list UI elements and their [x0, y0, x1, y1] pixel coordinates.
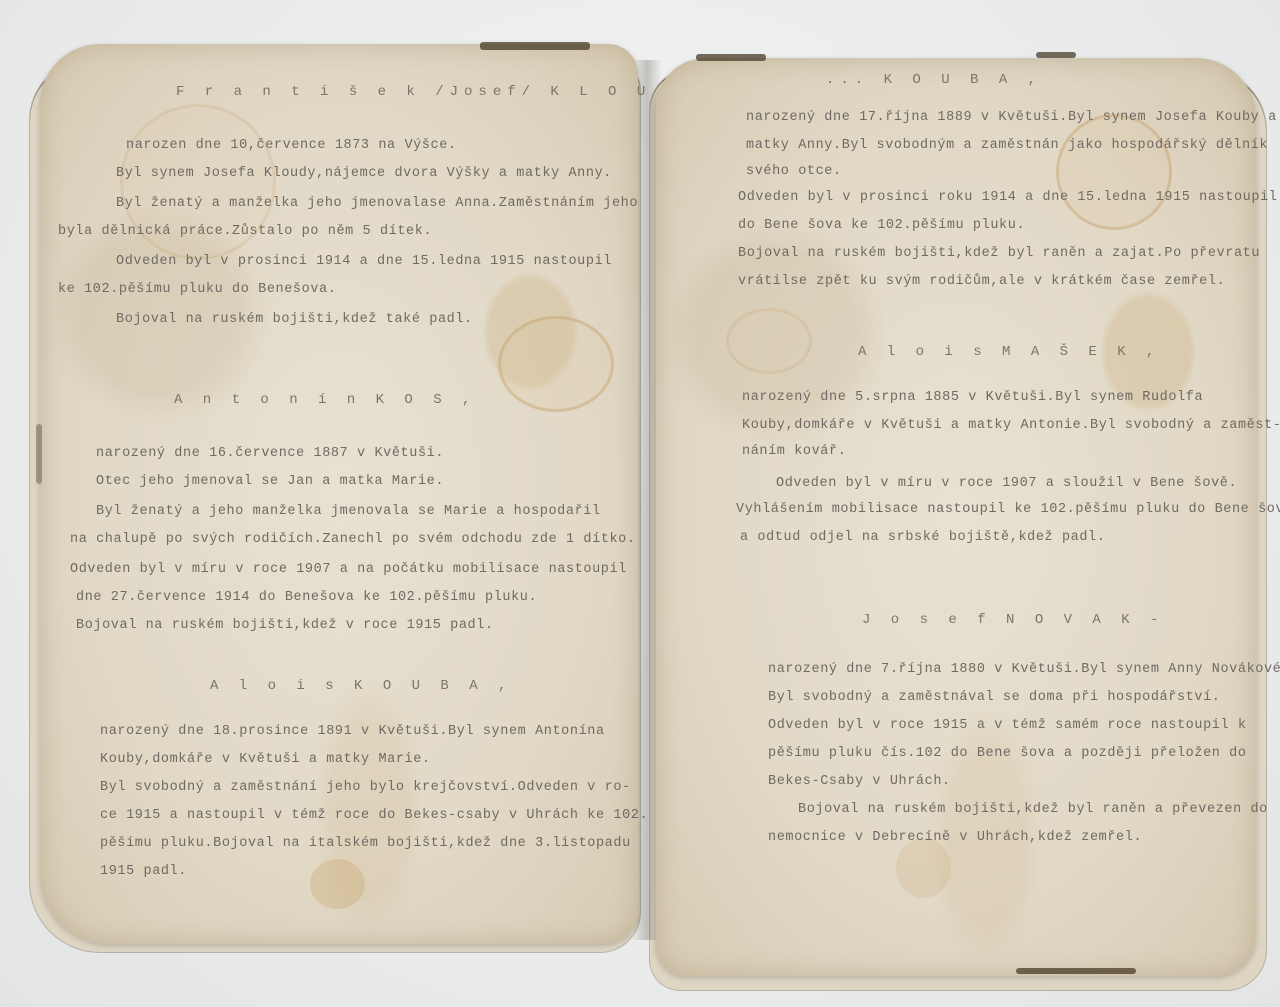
burnt-edge	[696, 54, 766, 61]
entry-text-line: 1915 padl.	[100, 864, 187, 879]
entry-name-heading: A l o i s K O U B A ,	[210, 678, 512, 694]
entry-text-line: Otec jeho jmenoval se Jan a matka Marie.	[96, 474, 444, 489]
entry-name-heading: F r a n t i š e k /Josef/ K L O U D A ,	[176, 84, 738, 100]
entry-text-line: vrátilse zpět ku svým rodičům,ale v krát…	[738, 274, 1225, 289]
left-page: F r a n t i š e k /Josef/ K L O U D A , …	[40, 44, 638, 944]
entry-text-line: do Bene šova ke 102.pěšímu pluku.	[738, 218, 1025, 233]
burnt-edge	[480, 42, 590, 50]
entry-text-line: Byl svobodný a zaměstnával se doma při h…	[768, 690, 1220, 705]
coffee-stain	[498, 316, 614, 412]
entry-text-line: Odveden byl v míru v roce 1907 a na počá…	[70, 562, 627, 577]
entry-name-heading: A n t o n í n K O S ,	[174, 392, 476, 408]
entry-text-line: Byl ženatý a manželka jeho jmenovalase A…	[116, 196, 638, 211]
entry-text-line: nemocnice v Debrecíně v Uhrách,kdež zemř…	[768, 830, 1142, 845]
entry-text-line: narozený dne 18.prosince 1891 v Květuši.…	[100, 724, 605, 739]
burnt-edge	[36, 424, 42, 484]
entry-text-line: narozen dne 10,července 1873 na Výšce.	[126, 138, 457, 153]
entry-text-line: narozený dne 17.října 1889 v Květuši.Byl…	[746, 110, 1277, 125]
entry-text-line: ke 102.pěšímu pluku do Benešova.	[58, 282, 336, 297]
right-page: ... K O U B A , narozený dne 17.října 18…	[656, 58, 1256, 976]
entry-text-line: byla dělnická práce.Zůstalo po něm 5 dít…	[58, 224, 432, 239]
entry-text-line: narozený dne 16.července 1887 v Květuši.	[96, 446, 444, 461]
burnt-edge	[1036, 52, 1076, 58]
entry-text-line: dne 27.července 1914 do Benešova ke 102.…	[76, 590, 537, 605]
coffee-stain	[726, 308, 812, 374]
entry-text-line: a odtud odjel na srbské bojiště,kdež pad…	[740, 530, 1105, 545]
entry-text-line: náním kovář.	[742, 444, 846, 459]
entry-text-line: Kouby,domkáře v Květuši a matky Antonie.…	[742, 418, 1280, 433]
entry-text-line: Byl ženatý a jeho manželka jmenovala se …	[96, 504, 601, 519]
entry-text-line: Kouby,domkáře v Květuši a matky Marie.	[100, 752, 431, 767]
entry-text-line: Bojoval na ruském bojišti,kdež byl raněn…	[738, 246, 1260, 261]
entry-text-line: matky Anny.Byl svobodným a zaměstnán jak…	[746, 138, 1268, 153]
entry-text-line: Bekes-Csaby v Uhrách.	[768, 774, 951, 789]
entry-text-line: pěšímu pluku.Bojoval na italském bojišti…	[100, 836, 631, 851]
entry-text-line: Odveden byl v míru v roce 1907 a sloužil…	[776, 476, 1237, 491]
entry-text-line: Bojoval na ruském bojišti,kdež také padl…	[116, 312, 473, 327]
stain-blot	[310, 859, 365, 909]
entry-text-line: na chalupě po svých rodičích.Zanechl po …	[70, 532, 636, 547]
entry-name-heading: J o s e f N O V A K -	[862, 612, 1164, 628]
entry-text-line: Byl synem Josefa Kloudy,nájemce dvora Vý…	[116, 166, 612, 181]
entry-text-line: pěšímu pluku čís.102 do Bene šova a pozd…	[768, 746, 1247, 761]
entry-name-heading: ... K O U B A ,	[826, 72, 1042, 88]
entry-text-line: Odveden byl v prosinci roku 1914 a dne 1…	[738, 190, 1277, 205]
entry-text-line: Vyhlášením mobilisace nastoupil ke 102.p…	[736, 502, 1280, 517]
coffee-stain	[1056, 114, 1172, 230]
entry-text-line: Byl svobodný a zaměstnání jeho bylo krej…	[100, 780, 631, 795]
entry-text-line: narozený dne 7.října 1880 v Květuši.Byl …	[768, 662, 1280, 677]
entry-text-line: Odveden byl v roce 1915 a v témž samém r…	[768, 718, 1247, 733]
entry-text-line: Bojoval na ruském bojišti,kdež byl raněn…	[798, 802, 1268, 817]
burnt-edge	[1016, 968, 1136, 974]
entry-text-line: svého otce.	[746, 164, 842, 179]
stain-blot	[896, 838, 951, 898]
entry-text-line: ce 1915 a nastoupil v témž roce do Bekes…	[100, 808, 648, 823]
entry-text-line: narozený dne 5.srpna 1885 v Květuši.Byl …	[742, 390, 1203, 405]
entry-text-line: Odveden byl v prosinci 1914 a dne 15.led…	[116, 254, 612, 269]
entry-name-heading: A l o i s M A Š E K ,	[858, 344, 1160, 360]
entry-text-line: Bojoval na ruském bojišti,kdež v roce 19…	[76, 618, 494, 633]
